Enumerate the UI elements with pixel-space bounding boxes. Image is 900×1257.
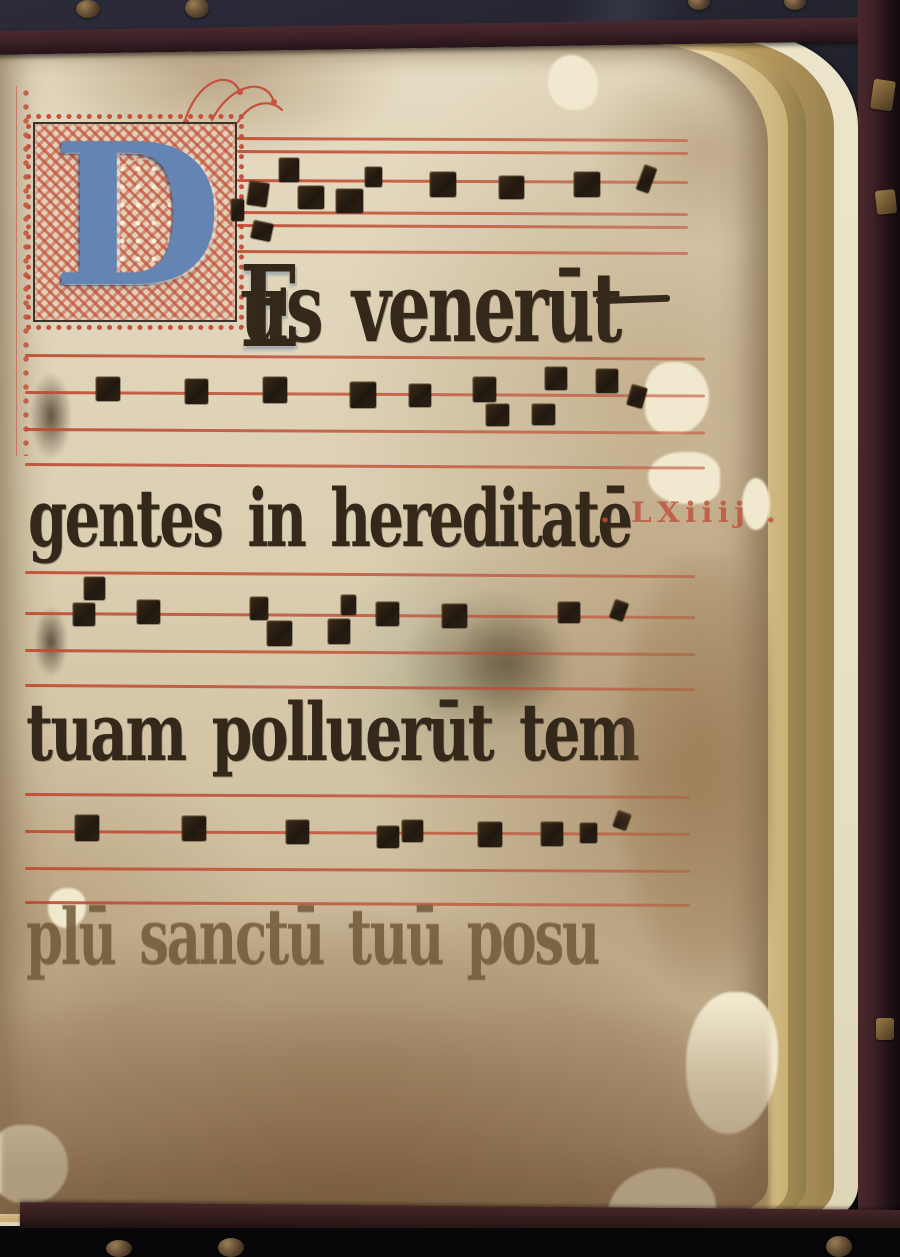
metal-clasp-icon (875, 189, 897, 215)
neume (409, 384, 431, 407)
staff-line (237, 224, 688, 229)
neume (613, 810, 632, 831)
neume (580, 823, 597, 843)
neume (473, 377, 496, 402)
staff-line (25, 793, 690, 799)
neume (250, 597, 268, 620)
neume (328, 619, 350, 644)
neume (73, 603, 95, 626)
neume (250, 220, 273, 242)
binding-edge-right (858, 0, 900, 1257)
neume (442, 604, 467, 628)
neume (574, 172, 600, 197)
staff-line (237, 137, 688, 142)
neume (96, 377, 120, 401)
staff-line (237, 150, 688, 155)
neume (182, 816, 206, 841)
neume (336, 189, 363, 213)
neume (231, 199, 244, 221)
folio-number: . LXiiij . (600, 496, 781, 529)
neume (365, 167, 382, 187)
chant-text: plū sanctū tuū posu (26, 894, 598, 982)
staff-line (25, 867, 690, 873)
metal-clasp-icon (876, 1018, 894, 1040)
neume (185, 379, 208, 404)
metal-clasp-icon (870, 79, 896, 112)
book-photograph: D Eus venerūt gentes in hereditatē . LXi… (0, 0, 900, 1257)
neume (402, 820, 423, 842)
neume (75, 815, 99, 841)
neume (558, 602, 580, 623)
staff-line (25, 428, 705, 435)
chant-text: tuam polluerūt tem (26, 688, 637, 776)
staff-line (237, 179, 688, 184)
neume (267, 621, 292, 646)
staff-line (25, 571, 695, 578)
neume (137, 600, 160, 624)
staff-line (25, 649, 695, 656)
neume (377, 826, 399, 848)
neume (486, 404, 509, 426)
staff-line (237, 211, 688, 216)
neume (279, 158, 299, 182)
neume (430, 172, 456, 197)
neume (298, 186, 324, 209)
chant-text: us venerūt (240, 258, 619, 358)
neume (532, 404, 555, 425)
neume (545, 367, 567, 390)
neume (636, 165, 657, 194)
neume (541, 822, 563, 846)
neume (478, 822, 502, 847)
neume (626, 384, 647, 409)
neume (286, 820, 309, 844)
neume (246, 181, 269, 208)
neume (376, 602, 399, 626)
chant-text: gentes in hereditatē (28, 474, 631, 562)
neume (341, 595, 356, 615)
backdrop-shadow (0, 1228, 900, 1257)
metal-boss-icon (826, 1236, 852, 1257)
music-staves-layer (0, 0, 900, 1257)
neume (84, 577, 105, 600)
staff-line (25, 612, 695, 619)
neume (263, 377, 287, 403)
metal-boss-icon (106, 1240, 132, 1257)
staff-line (25, 463, 705, 470)
neume (596, 369, 618, 393)
neume (499, 176, 524, 199)
neume (350, 382, 376, 408)
metal-boss-icon (218, 1238, 244, 1257)
